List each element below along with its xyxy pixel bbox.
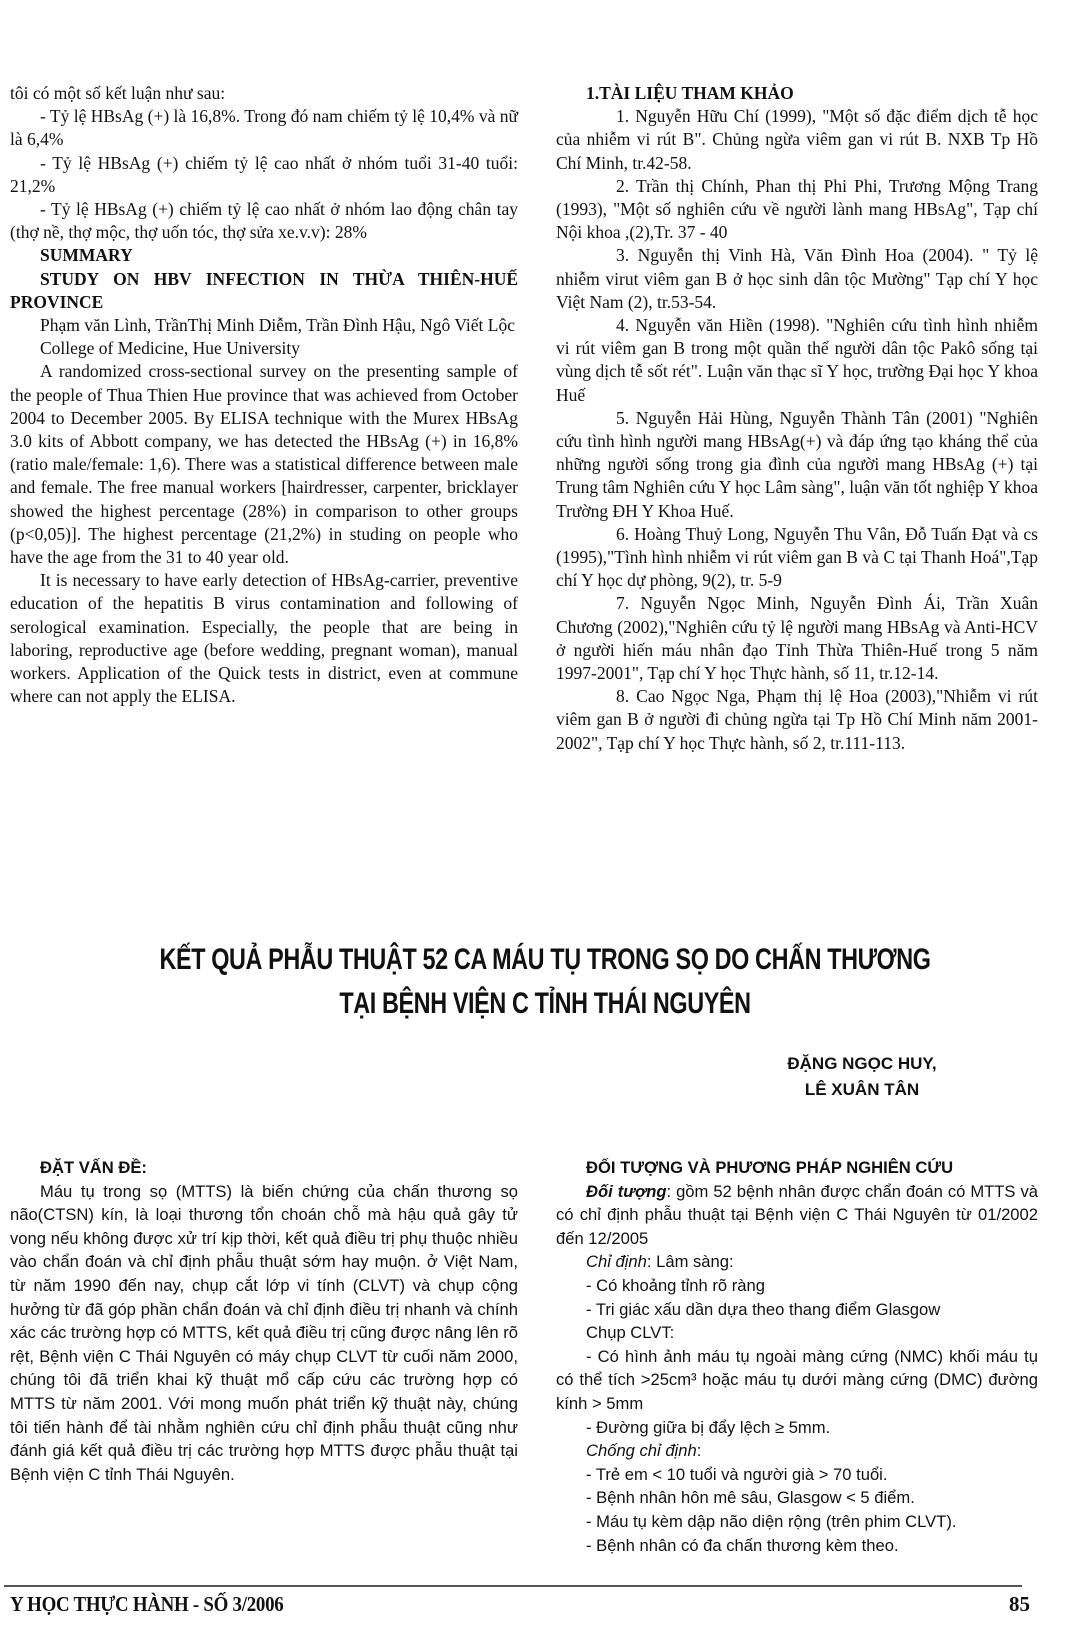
- contraindication-item: - Bệnh nhân có đa chấn thương kèm theo.: [556, 1534, 1038, 1558]
- reference-item: 7. Nguyễn Ngọc Minh, Nguyễn Đình Ái, Trầ…: [556, 592, 1038, 685]
- ct-label: Chụp CLVT:: [556, 1321, 1038, 1345]
- summary-title: STUDY ON HBV INFECTION IN THỪA THIÊN-HUẾ…: [10, 268, 518, 314]
- reference-number: 7.: [586, 592, 629, 615]
- footer-divider: [4, 1585, 1022, 1587]
- author-name: LÊ XUÂN TÂN: [762, 1077, 962, 1103]
- contraindication-item: - Máu tụ kèm dập não diện rộng (trên phi…: [556, 1510, 1038, 1534]
- summary-heading: SUMMARY: [10, 244, 518, 267]
- article-title-line: TẠI BỆNH VIỆN C TỈNH THÁI NGUYÊN: [120, 982, 970, 1026]
- article-title-line: KẾT QUẢ PHẪU THUẬT 52 CA MÁU TỤ TRONG SỌ…: [120, 938, 970, 982]
- author-name: ĐẶNG NGỌC HUY,: [762, 1051, 962, 1077]
- conclusion-item: - Tỷ lệ HBsAg (+) chiếm tỷ lệ cao nhất ở…: [10, 198, 518, 244]
- subject-label: Đối tượng: [586, 1182, 666, 1201]
- references-heading: 1.TÀI LIỆU THAM KHẢO: [556, 82, 1038, 105]
- reference-number: 5.: [586, 407, 629, 430]
- reference-text: Nguyễn thị Vinh Hà, Văn Đình Hoa (2004).…: [556, 245, 1038, 311]
- section-heading: ĐỐI TƯỢNG VÀ PHƯƠNG PHÁP NGHIÊN CỨU: [556, 1156, 1038, 1180]
- introduction-column: ĐẶT VẤN ĐỀ: Máu tụ trong sọ (MTTS) là bi…: [10, 1156, 518, 1486]
- clinical-item: - Có khoảng tỉnh rõ ràng: [556, 1274, 1038, 1298]
- reference-text: Trần thị Chính, Phan thị Phi Phi, Trương…: [556, 176, 1038, 242]
- article-authors: ĐẶNG NGỌC HUY, LÊ XUÂN TÂN: [762, 1051, 962, 1103]
- contraindication-item: - Trẻ em < 10 tuổi và người già > 70 tuổ…: [556, 1463, 1038, 1487]
- contraindication-colon: :: [697, 1441, 702, 1460]
- conclusion-intro: tôi có một số kết luận như sau:: [10, 82, 518, 105]
- section-heading: ĐẶT VẤN ĐỀ:: [10, 1156, 518, 1180]
- conclusion-and-summary-column: tôi có một số kết luận như sau: - Tỷ lệ …: [10, 82, 518, 708]
- ct-item: - Có hình ảnh máu tụ ngoài màng cứng (NM…: [556, 1345, 1038, 1416]
- reference-text: Cao Ngọc Nga, Phạm thị lệ Hoa (2003),"Nh…: [556, 686, 1038, 752]
- indication-text: : Lâm sàng:: [647, 1252, 734, 1271]
- reference-text: Nguyễn Hải Hùng, Nguyễn Thành Tân (2001)…: [556, 408, 1038, 521]
- reference-item: 4. Nguyễn văn Hiền (1998). "Nghiên cứu t…: [556, 314, 1038, 407]
- reference-item: 1. Nguyễn Hữu Chí (1999), "Một số đặc đi…: [556, 105, 1038, 175]
- reference-number: 4.: [586, 314, 629, 337]
- summary-authors: Phạm văn Lình, TrầnThị Minh Diễm, Trần Đ…: [10, 314, 518, 337]
- reference-number: 1.: [586, 105, 629, 128]
- indication-label: Chỉ định: [586, 1252, 647, 1271]
- reference-item: 5. Nguyễn Hải Hùng, Nguyễn Thành Tân (20…: [556, 407, 1038, 523]
- reference-text: Nguyễn Hữu Chí (1999), "Một số đặc điểm …: [556, 106, 1038, 172]
- article-title: KẾT QUẢ PHẪU THUẬT 52 CA MÁU TỤ TRONG SỌ…: [120, 938, 970, 1026]
- references-column: 1.TÀI LIỆU THAM KHẢO 1. Nguyễn Hữu Chí (…: [556, 82, 1038, 755]
- methods-column: ĐỐI TƯỢNG VÀ PHƯƠNG PHÁP NGHIÊN CỨU Đối …: [556, 1156, 1038, 1557]
- reference-item: 2. Trần thị Chính, Phan thị Phi Phi, Trư…: [556, 175, 1038, 245]
- journal-name: Y HỌC THỰC HÀNH - SỐ 3/2006: [10, 1592, 283, 1617]
- reference-text: Nguyễn Ngọc Minh, Nguyễn Đình Ái, Trần X…: [556, 593, 1038, 683]
- reference-item: 3. Nguyễn thị Vinh Hà, Văn Đình Hoa (200…: [556, 244, 1038, 314]
- reference-item: 6. Hoàng Thuỷ Long, Nguyễn Thu Vân, Đỗ T…: [556, 523, 1038, 593]
- page-number: 85: [1009, 1592, 1030, 1617]
- indication-line: Chỉ định: Lâm sàng:: [556, 1250, 1038, 1274]
- reference-number: 2.: [586, 175, 629, 198]
- contraindication-item: - Bệnh nhân hôn mê sâu, Glasgow < 5 điểm…: [556, 1486, 1038, 1510]
- conclusion-item: - Tỷ lệ HBsAg (+) là 16,8%. Trong đó nam…: [10, 105, 518, 151]
- reference-number: 6.: [586, 523, 629, 546]
- reference-text: Hoàng Thuỷ Long, Nguyễn Thu Vân, Đỗ Tuấn…: [556, 524, 1038, 590]
- reference-text: Nguyễn văn Hiền (1998). "Nghiên cứu tình…: [556, 315, 1038, 405]
- reference-number: 8.: [586, 685, 629, 708]
- introduction-paragraph: Máu tụ trong sọ (MTTS) là biến chứng của…: [10, 1180, 518, 1487]
- reference-item: 8. Cao Ngọc Nga, Phạm thị lệ Hoa (2003),…: [556, 685, 1038, 755]
- ct-item: - Đường giữa bị đẩy lệch ≥ 5mm.: [556, 1416, 1038, 1440]
- subject-paragraph: Đối tượng: gồm 52 bệnh nhân được chẩn đo…: [556, 1180, 1038, 1251]
- summary-paragraph: A randomized cross-sectional survey on t…: [10, 360, 518, 569]
- summary-paragraph: It is necessary to have early detection …: [10, 569, 518, 708]
- contraindication-label: Chống chỉ định: [586, 1441, 697, 1460]
- clinical-item: - Tri giác xấu dần dựa theo thang điểm G…: [556, 1298, 1038, 1322]
- contraindication-line: Chống chỉ định:: [556, 1439, 1038, 1463]
- reference-number: 3.: [586, 244, 629, 267]
- conclusion-item: - Tỷ lệ HBsAg (+) chiếm tỷ lệ cao nhất ở…: [10, 152, 518, 198]
- summary-affiliation: College of Medicine, Hue University: [10, 337, 518, 360]
